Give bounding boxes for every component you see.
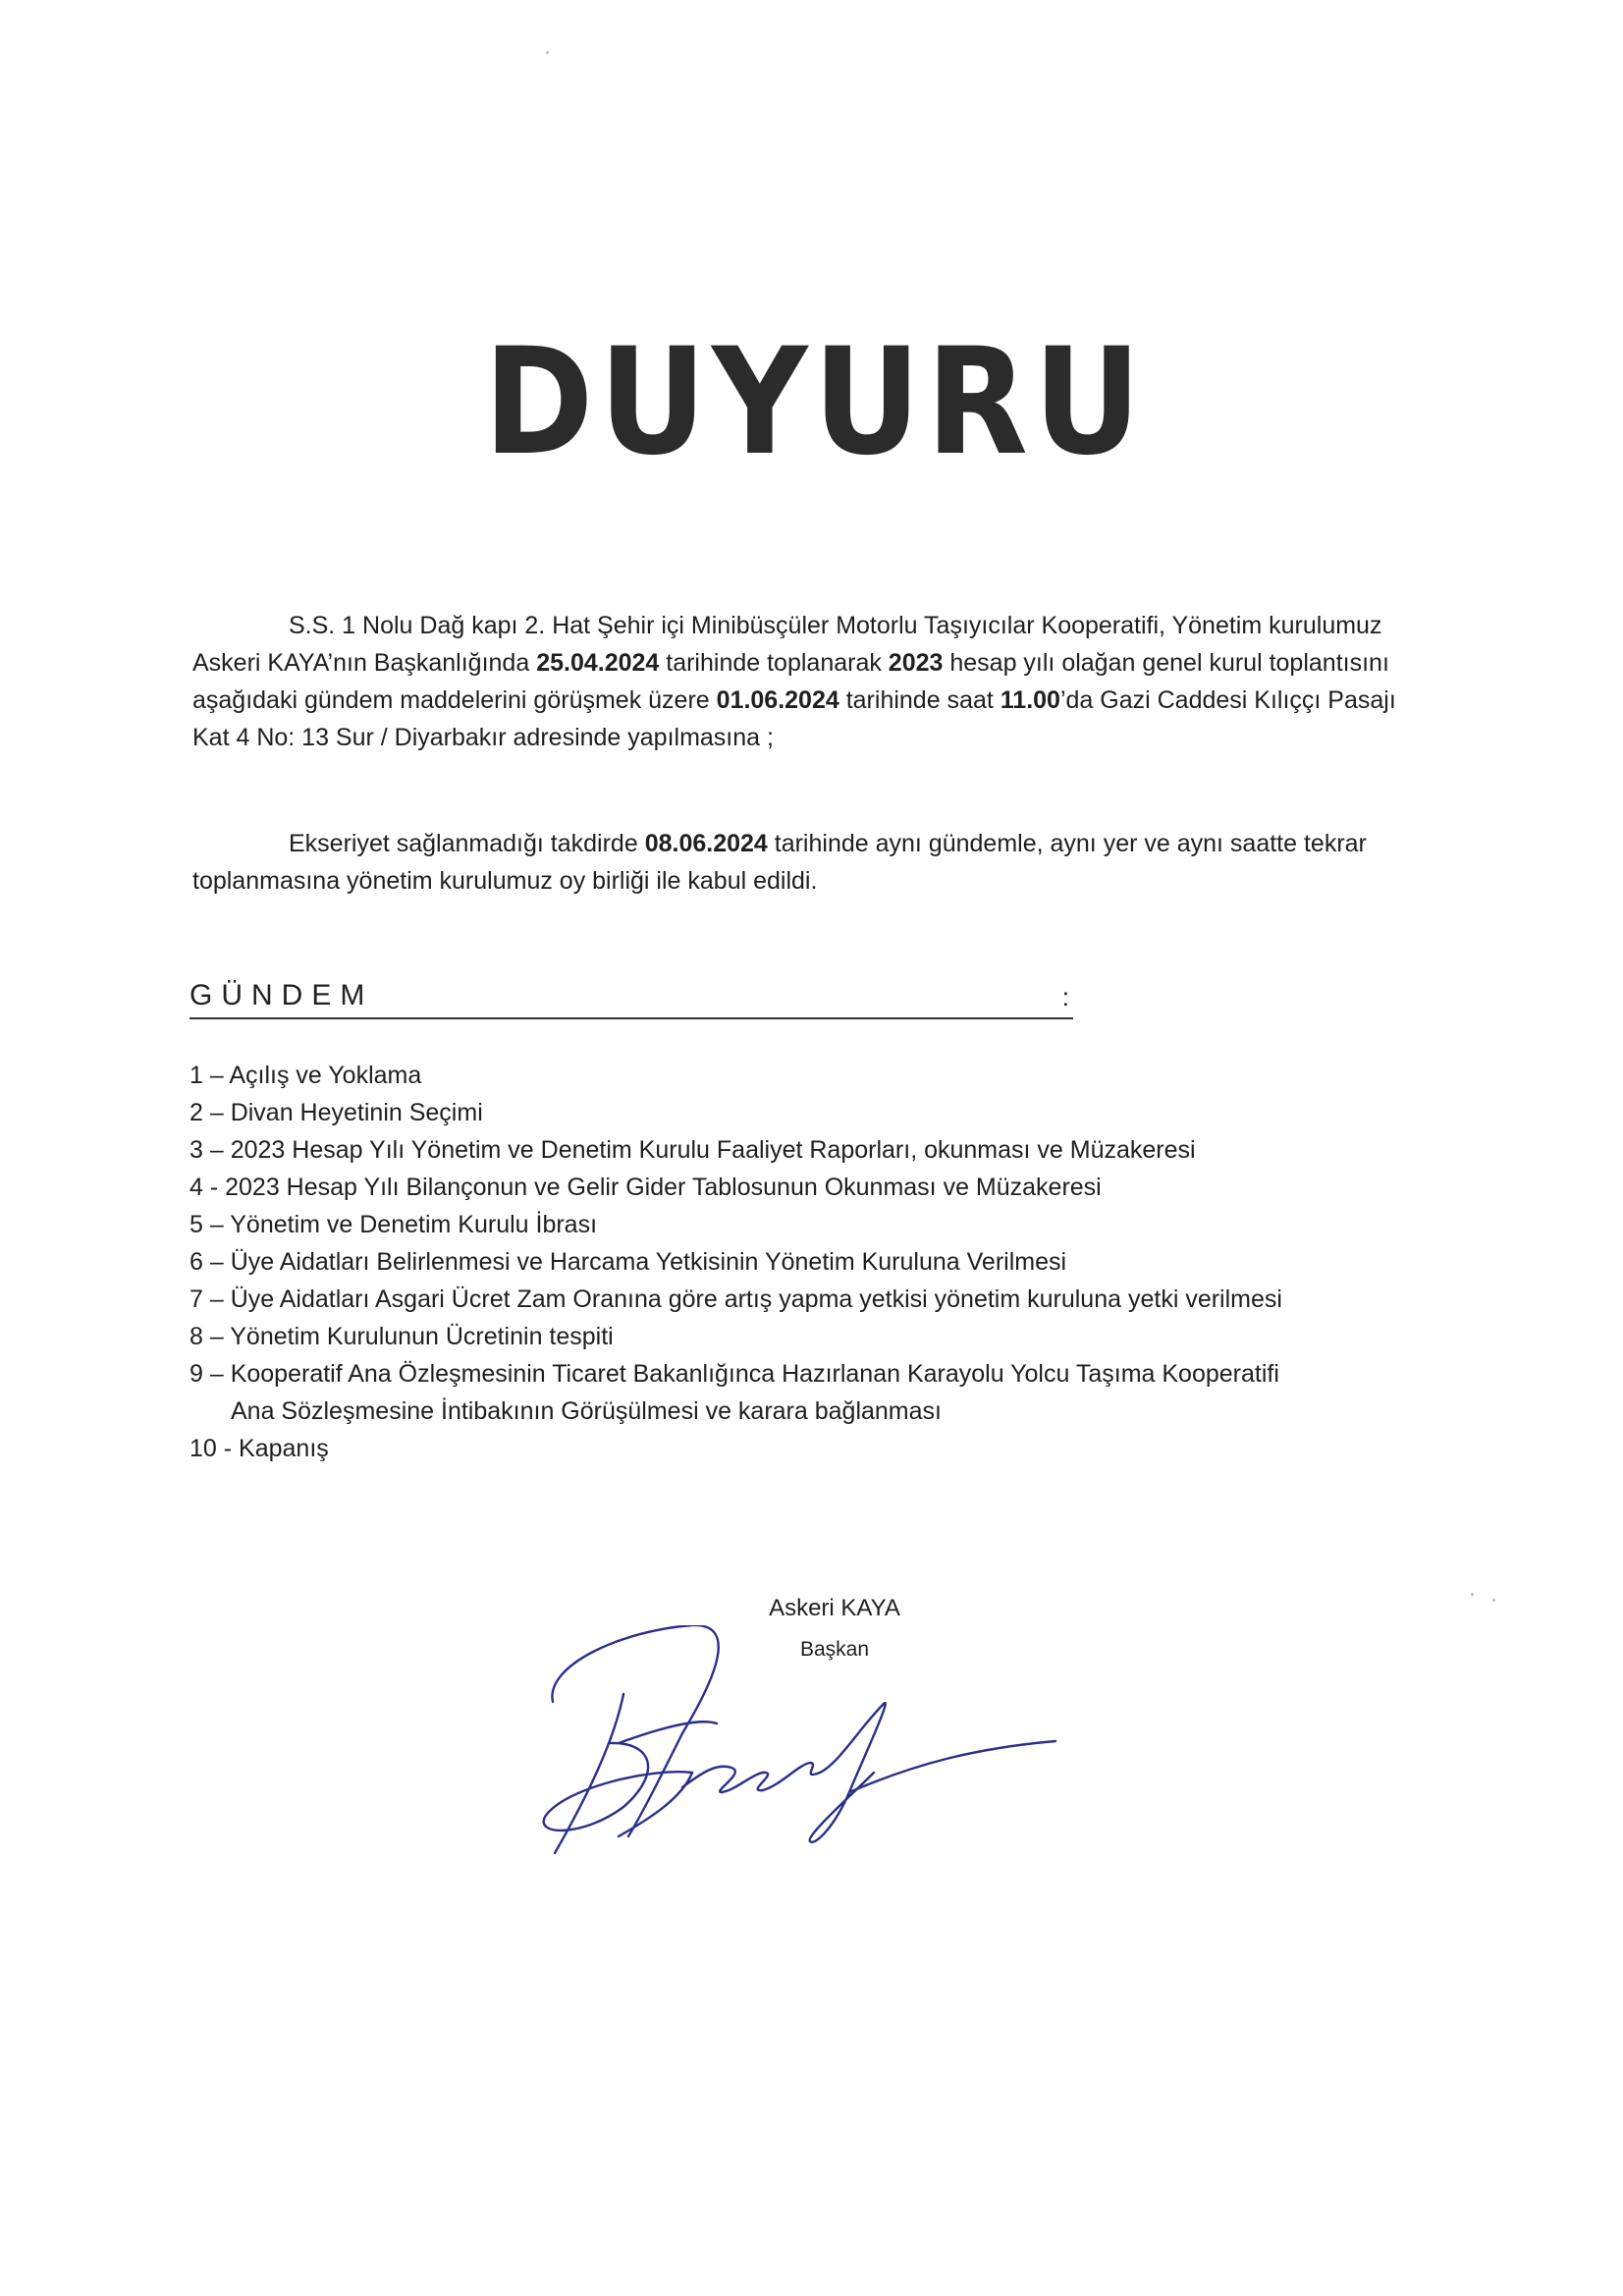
agenda-item: 5 – Yönetim ve Denetim Kurulu İbrası	[189, 1206, 1446, 1243]
agenda-item: 3 – 2023 Hesap Yılı Yönetim ve Denetim K…	[189, 1131, 1446, 1169]
announcement-paragraph: S.S. 1 Nolu Dağ kapı 2. Hat Şehir içi Mi…	[192, 607, 1400, 756]
agenda-item: 8 – Yönetim Kurulunun Ücretinin tespiti	[189, 1318, 1446, 1355]
agenda-item: 4 - 2023 Hesap Yılı Bilançonun ve Gelir …	[189, 1169, 1446, 1206]
signature-image	[535, 1625, 1124, 1881]
paragraph-text: S.S. 1 Nolu Dağ kapı 2. Hat Şehir içi Mi…	[192, 612, 1396, 751]
agenda-heading-label: GÜNDEM	[189, 979, 373, 1011]
agenda-item: 1 – Açılış ve Yoklama	[189, 1057, 1446, 1094]
agenda-item: 9 – Kooperatif Ana Özleşmesinin Ticaret …	[189, 1355, 1446, 1430]
agenda-item: 10 - Kapanış	[189, 1430, 1446, 1467]
scan-speck	[546, 51, 549, 54]
agenda-list: 1 – Açılış ve Yoklama 2 – Divan Heyetini…	[189, 1057, 1446, 1467]
agenda-item-continuation: Ana Sözleşmesine İntibakının Görüşülmesi…	[189, 1393, 1446, 1430]
agenda-item: 7 – Üye Aidatları Asgari Ücret Zam Oranı…	[189, 1281, 1446, 1318]
scan-speck	[1492, 1599, 1495, 1602]
agenda-item: 6 – Üye Aidatları Belirlenmesi ve Harcam…	[189, 1243, 1446, 1281]
agenda-heading-colon: :	[1062, 982, 1069, 1012]
quorum-paragraph: Ekseriyet sağlanmadığı takdirde 08.06.20…	[192, 825, 1400, 900]
agenda-item: 2 – Divan Heyetinin Seçimi	[189, 1094, 1446, 1131]
scan-speck	[1471, 1593, 1474, 1596]
paragraph-text: Ekseriyet sağlanmadığı takdirde 08.06.20…	[192, 830, 1367, 895]
page-title: DUYURU	[461, 324, 1168, 481]
signatory-name: Askeri KAYA	[687, 1595, 982, 1622]
agenda-heading: GÜNDEM :	[189, 978, 1073, 1019]
